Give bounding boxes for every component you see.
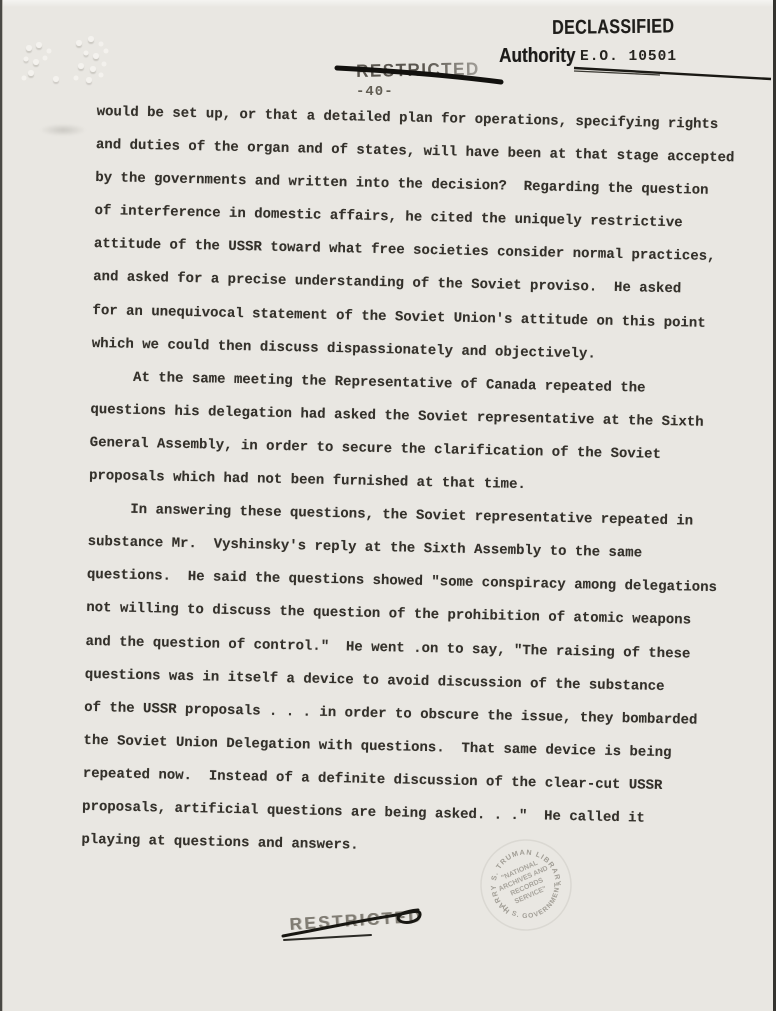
margin-smudge [40,124,86,136]
restricted-stamp-top: RESTRICTED [356,59,480,82]
restricted-bottom-underline [284,935,371,940]
scan-edge-top [0,0,776,7]
truman-library-archive-stamp: HARRY S. TRUMAN LIBRARY U. S. GOVERNMENT… [462,821,590,949]
authority-stamp-label: Authority [499,45,575,68]
document-body: would be set up, or that a detailed plan… [81,96,735,870]
declassified-stamp: DECLASSIFIED [552,15,674,40]
authority-eo-number: E.O. 10501 [580,49,677,65]
authority-underline-second [574,71,660,75]
document-page: DECLASSIFIED Authority E.O. 10501 RESTRI… [0,0,776,1011]
embossed-marks [0,0,2,2]
restricted-stamp-bottom: RESTRICTED [289,907,424,935]
authority-underline [574,68,771,79]
scan-edge-left-light [2,0,3,1011]
page-number: -40- [356,84,394,100]
